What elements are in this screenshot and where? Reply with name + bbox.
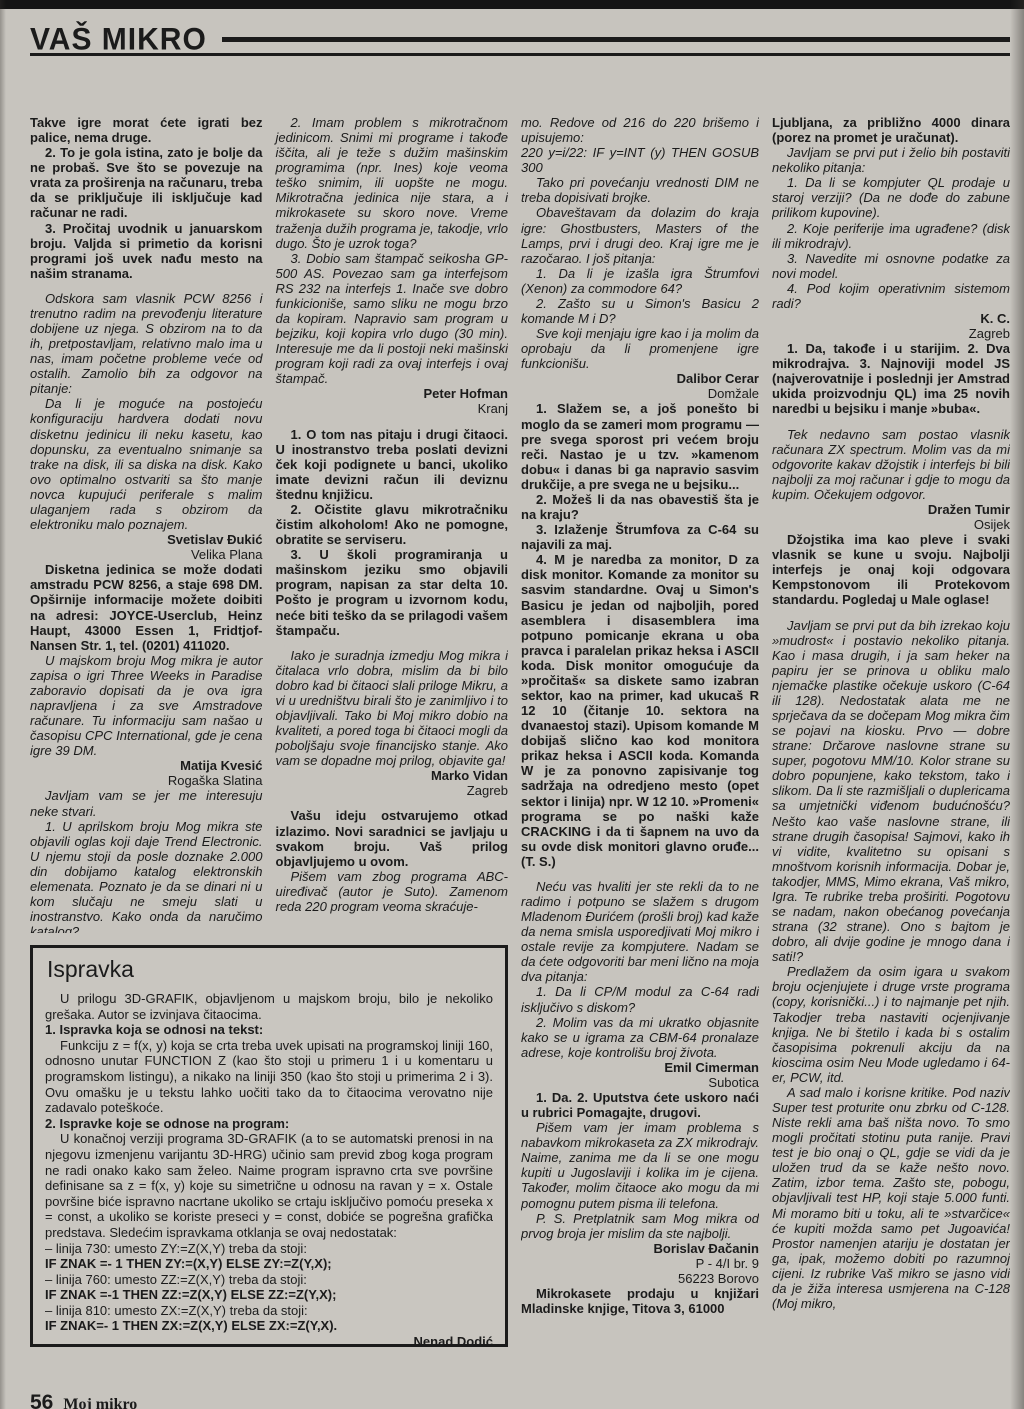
page-edge-shading-right (1010, 0, 1024, 1409)
paragraph: 2. Možeš li da nas obavestiš šta je na k… (521, 492, 759, 522)
signature-city: Domžale (521, 386, 759, 401)
correction-title: Ispravka (47, 956, 493, 983)
paragraph: 3. Dobio sam štampač seikosha GP-500 AS.… (276, 251, 509, 387)
paragraph: Takve igre morat ćete igrati bez palice,… (30, 115, 263, 145)
paragraph: 1. Slažem se, a još ponešto bi moglo da … (521, 401, 759, 491)
signature-name: Peter Hofman (276, 386, 509, 401)
paragraph: 1. Da. 2. Uputstva ćete uskoro naći u ru… (521, 1090, 759, 1120)
paragraph: IF ZNAK =- 1 THEN ZY:=(X,Y) ELSE ZY:=Z(Y… (45, 1256, 493, 1272)
paragraph: – linija 730: umesto ZY:=Z(X,Y) treba da… (45, 1241, 493, 1257)
paragraph: 2. Imam problem s mikrotračnom jedinicom… (276, 115, 509, 251)
magazine-page: VAŠ MIKRO Takve igre morat ćete igrati b… (0, 0, 1024, 1409)
page-content: Takve igre morat ćete igrati bez palice,… (30, 115, 1010, 1377)
magazine-name: Moj mikro (63, 1396, 137, 1409)
paragraph: IF ZNAK=- 1 THEN ZX:=Z(X,Y) ELSE ZX:=Z(Y… (45, 1318, 493, 1334)
paragraph: 3. Pročitaj uvodnik u januarskom broju. … (30, 221, 263, 281)
paragraph: mo. Redove od 216 do 220 brišemo i upisu… (521, 115, 759, 145)
paragraph: Funkciju z = f(x, y) koja se crta treba … (45, 1038, 493, 1116)
paragraph: Tek nedavno sam postao vlasnik računara … (772, 427, 1010, 502)
paragraph: Sve koji menjaju igre kao i ja molim da … (521, 326, 759, 371)
paragraph: Pišem vam jer imam problema s nabavkom m… (521, 1120, 759, 1210)
paragraph: Da li je moguće na postojeću konfiguraci… (30, 396, 263, 532)
signature-name: Emil Cimerman (521, 1060, 759, 1075)
paragraph: Javljam vam se jer me interesuju neke st… (30, 788, 263, 818)
paragraph: 1. U aprilskom broju Mog mikra ste objav… (30, 819, 263, 933)
left-columns: Takve igre morat ćete igrati bez palice,… (30, 115, 508, 933)
left-half: Takve igre morat ćete igrati bez palice,… (30, 115, 508, 1377)
text-column-2: 2. Imam problem s mikrotračnom jedinicom… (276, 115, 509, 933)
page-footer: 56 Moj mikro (30, 1391, 1024, 1409)
paragraph: 2. Zašto su u Simon's Basicu 2 komande M… (521, 296, 759, 326)
paragraph: 3. U školi programiranja u mašinskom jez… (276, 547, 509, 637)
paragraph: Javljam se prvi put i želio bih postavit… (772, 145, 1010, 175)
paragraph: 2. Očistite glavu mikrotračniku čistim a… (276, 502, 509, 547)
paragraph: 2. Ispravke koje se odnose na program: (45, 1116, 493, 1132)
top-edge-bar (0, 0, 1024, 9)
signature-city: Rogaška Slatina (30, 773, 263, 788)
paragraph: – linija 760: umesto ZZ:=Z(X,Y) treba da… (45, 1272, 493, 1288)
paragraph: 4. M je naredba za monitor, D za disk mo… (521, 552, 759, 869)
signature-name: Matija Kvesić (30, 758, 263, 773)
signature-city: Zagreb (772, 326, 1010, 341)
signature-name: K. C. (772, 311, 1010, 326)
signature-name: Dražen Tumir (772, 502, 1010, 517)
signature-city: Subotica (521, 1075, 759, 1090)
signature-name: Dalibor Cerar (521, 371, 759, 386)
signature-name: Borislav Đačanin (521, 1241, 759, 1256)
paragraph: A sad malo i korisne kritike. Pod naziv … (772, 1085, 1010, 1311)
paragraph: Mikrokasete prodaju u knjižari Mladinske… (521, 1286, 759, 1316)
paragraph: Javljam se prvi put da bih izrekao koju … (772, 618, 1010, 965)
paragraph: Džojstika ima kao pleve i svaki vlasnik … (772, 532, 1010, 607)
header-rule-thick (222, 37, 1010, 42)
paragraph: P. S. Pretplatnik sam Mog mikra od prvog… (521, 1211, 759, 1241)
paragraph: 1. Ispravka koja se odnosi na tekst: (45, 1022, 493, 1038)
paragraph: Disketna jedinica se može dodati amstrad… (30, 562, 263, 652)
paragraph: – linija 810: umesto ZX:=Z(X,Y) treba da… (45, 1303, 493, 1319)
paragraph: Odskora sam vlasnik PCW 8256 i trenutno … (30, 291, 263, 397)
paragraph: 1. Da, takođe i u starijim. 2. Dva mikro… (772, 341, 1010, 416)
paragraph: Obaveštavam da dolazim do kraja igre: Gh… (521, 205, 759, 265)
paragraph: Predlažem da osim igara u svakom broju o… (772, 964, 1010, 1085)
paragraph: 2. Molim vas da mi ukratko objasnite kak… (521, 1015, 759, 1060)
paragraph: 3. Navedite mi osnovne podatke za novi m… (772, 251, 1010, 281)
signature-city: 56223 Borovo (521, 1271, 759, 1286)
paragraph: 1. Da li je izašla igra Štrumfovi (Xenon… (521, 266, 759, 296)
paragraph: Vašu ideju ostvarujemo otkad izlazimo. N… (276, 808, 509, 868)
paragraph: Neću vas hvaliti jer ste rekli da to ne … (521, 879, 759, 985)
signature-city: Kranj (276, 401, 509, 416)
paragraph: 2. Koje periferije ima ugrađene? (disk i… (772, 221, 1010, 251)
signature-city: Velika Plana (30, 547, 263, 562)
paragraph: 1. Da li se kompjuter QL prodaje u staro… (772, 175, 1010, 220)
paragraph: U konačnoj verziji programa 3D-GRAFIK (a… (45, 1131, 493, 1240)
paragraph: Ljubljana, za približno 4000 dinara (por… (772, 115, 1010, 145)
paragraph: U prilogu 3D-GRAFIK, objavljenom u majsk… (45, 991, 493, 1022)
paragraph: Pišem vam zbog programa ABC-uiređivač (a… (276, 869, 509, 914)
signature-city: P - 4/I br. 9 (521, 1256, 759, 1271)
text-column-4: Ljubljana, za približno 4000 dinara (por… (772, 115, 1010, 1377)
page-number: 56 (30, 1391, 53, 1409)
paragraph: 2. To je gola istina, zato je bolje da n… (30, 145, 263, 220)
section-header: VAŠ MIKRO (30, 23, 994, 65)
paragraph: 4. Pod kojim operativnim sistemom radi? (772, 281, 1010, 311)
text-column-1: Takve igre morat ćete igrati bez palice,… (30, 115, 263, 933)
paragraph: 3. Izlaženje Štrumfova za C-64 su najavi… (521, 522, 759, 552)
header-rule-thin (30, 53, 1010, 56)
correction-body: U prilogu 3D-GRAFIK, objavljenom u majsk… (45, 991, 493, 1347)
paragraph: Tako pri povećanju vrednosti DIM ne treb… (521, 175, 759, 205)
signature-city: Osijek (772, 517, 1010, 532)
signature-name: Marko Vidan (276, 768, 509, 783)
signature-name: Svetislav Đukić (30, 532, 263, 547)
paragraph: 1. O tom nas pitaju i drugi čitaoci. U i… (276, 427, 509, 502)
signature-name: Nenad Dodić (45, 1334, 493, 1347)
paragraph: Iako je suradnja izmedju Mog mikra i čit… (276, 648, 509, 769)
text-column-3: mo. Redove od 216 do 220 brišemo i upisu… (521, 115, 759, 1377)
signature-city: Zagreb (276, 783, 509, 798)
paragraph: 1. Da li CP/M modul za C-64 radi isključ… (521, 984, 759, 1014)
paragraph: 220 y=i/22: IF y=INT (y) THEN GOSUB 300 (521, 145, 759, 175)
paragraph: U majskom broju Mog mikra je autor zapis… (30, 653, 263, 759)
correction-box: Ispravka U prilogu 3D-GRAFIK, objavljeno… (30, 945, 508, 1347)
page-edge-shading-left (0, 0, 6, 1409)
paragraph: IF ZNAK =-1 THEN ZZ:=Z(X,Y) ELSE ZZ:=Z(Y… (45, 1287, 493, 1303)
